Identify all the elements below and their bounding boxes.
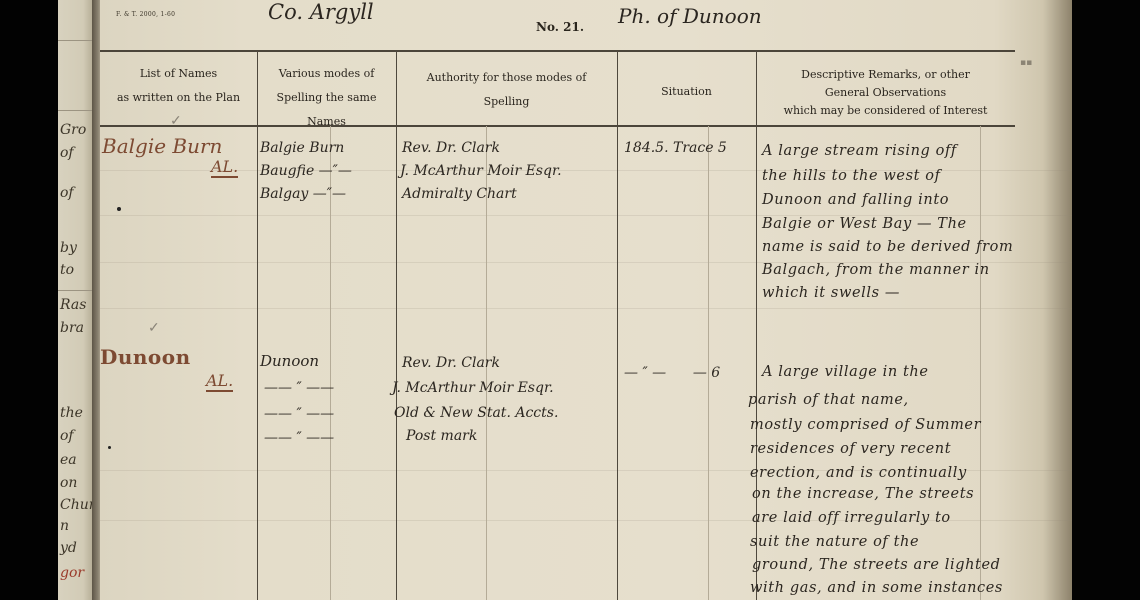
authority: Rev. Dr. Clark	[402, 352, 500, 374]
remarks-line: Balgie or West Bay — The	[762, 216, 967, 232]
remarks-line: parish of that name,	[748, 392, 909, 408]
place-name: Dunoon	[100, 345, 191, 369]
situation: 184.5. Trace 5	[624, 137, 727, 159]
header-line: List of Names	[100, 62, 257, 86]
header-line: Spelling	[396, 90, 617, 114]
remarks-line: ground, The streets are lighted	[752, 557, 1001, 573]
remarks-line: erection, and is continually	[750, 465, 967, 481]
authority: J. McArthur Moir Esqr.	[392, 377, 554, 399]
header-line: Authority for those modes of	[396, 66, 617, 90]
column-divider	[617, 51, 618, 600]
fragment-text: Gro	[60, 122, 86, 138]
header-bottom-rule	[100, 125, 1015, 127]
fragment-text: of	[60, 185, 74, 201]
check-mark: ✓	[148, 320, 160, 336]
examiner-initials: AL.	[206, 372, 233, 392]
sheet-number: No. 21.	[536, 20, 584, 34]
remarks-line: name is said to be derived from	[762, 239, 1013, 255]
remarks-line: which it swells —	[762, 285, 900, 301]
fragment-text: by	[60, 240, 77, 256]
remarks-line: residences of very recent	[750, 441, 951, 457]
spelling-variant: Baugfie —″—	[260, 160, 352, 182]
spelling-variant: Balgay —″—	[260, 183, 346, 205]
parish-heading: Ph. of Dunoon	[618, 4, 762, 28]
fragment-text: the	[60, 405, 83, 421]
margin-mark: ▪▪	[1020, 58, 1032, 68]
spelling-variant: Balgie Burn	[260, 137, 344, 159]
remarks-line: with gas, and in some instances	[750, 580, 1003, 596]
remarks-line: A large village in the	[762, 364, 929, 380]
spelling-variant-ditto: —— ″ ——	[264, 377, 334, 399]
fragment-text: ea	[60, 452, 77, 468]
remarks-line: are laid off irregularly to	[752, 510, 951, 526]
header-line: Spelling the same Names	[257, 86, 396, 134]
header-line: Various modes of	[257, 62, 396, 86]
fragment-text: of	[60, 145, 74, 161]
column-divider	[396, 51, 397, 600]
fragment-text: Chur	[60, 497, 95, 513]
check-mark: ✓	[170, 113, 182, 129]
place-name: Balgie Burn	[102, 134, 222, 158]
fragment-text: yd	[60, 540, 77, 556]
header-line: General Observations	[756, 84, 1015, 102]
fragment-text: gor	[60, 565, 84, 581]
header-situation: Situation	[617, 80, 756, 104]
fragment-text: of	[60, 428, 74, 444]
ink-spot	[108, 446, 111, 449]
fragment-text: bra	[60, 320, 84, 336]
remarks-line: mostly comprised of Summer	[750, 417, 981, 433]
spelling-variant-ditto: —— ″ ——	[264, 403, 334, 425]
spelling-variant-ditto: —— ″ ——	[264, 427, 334, 449]
remarks-line: Balgach, from the manner in	[762, 262, 990, 278]
print-code: F. & T. 2000, 1-60	[116, 11, 175, 18]
register-page: F. & T. 2000, 1-60 Co. Argyll No. 21. Ph…	[100, 0, 1072, 600]
authority: J. McArthur Moir Esqr.	[400, 160, 562, 182]
remarks-line: on the increase, The streets	[752, 486, 974, 502]
spelling-variant: Dunoon	[260, 350, 319, 372]
fragment-text: to	[60, 262, 74, 278]
scan-border-left	[0, 0, 58, 600]
fragment-text: Ras	[60, 297, 86, 313]
fragment-text: on	[60, 475, 77, 491]
sub-column-rule	[980, 126, 981, 600]
header-authority: Authority for those modes of Spelling	[396, 66, 617, 114]
ruled-line	[58, 110, 96, 111]
header-line: Descriptive Remarks, or other	[756, 66, 1015, 84]
county-heading: Co. Argyll	[268, 0, 374, 24]
header-line: which may be considered of Interest	[756, 102, 1015, 120]
header-remarks: Descriptive Remarks, or other General Ob…	[756, 66, 1015, 120]
remarks-line: Dunoon and falling into	[762, 192, 949, 208]
situation: — ″ — — 6	[624, 362, 720, 384]
fragment-text: n	[60, 518, 69, 534]
ink-spot	[117, 207, 121, 211]
header-line: as written on the Plan	[100, 86, 257, 110]
remarks-line: suit the nature of the	[750, 534, 919, 550]
remarks-line: the hills to the west of	[762, 168, 941, 184]
header-various-modes: Various modes of Spelling the same Names	[257, 62, 396, 134]
authority: Post mark	[406, 425, 477, 447]
scan-border-right	[1072, 0, 1140, 600]
ruled-line	[58, 290, 96, 291]
authority: Old & New Stat. Accts.	[394, 402, 558, 424]
ruled-line	[58, 40, 96, 41]
table-top-rule	[100, 50, 1015, 52]
authority: Admiralty Chart	[402, 183, 517, 205]
remarks-line: A large stream rising off	[762, 143, 957, 159]
authority: Rev. Dr. Clark	[402, 137, 500, 159]
examiner-initials: AL.	[211, 158, 238, 178]
header-line: Situation	[617, 80, 756, 104]
show-through-rule	[100, 308, 1072, 309]
header-list-of-names: List of Names as written on the Plan	[100, 62, 257, 110]
